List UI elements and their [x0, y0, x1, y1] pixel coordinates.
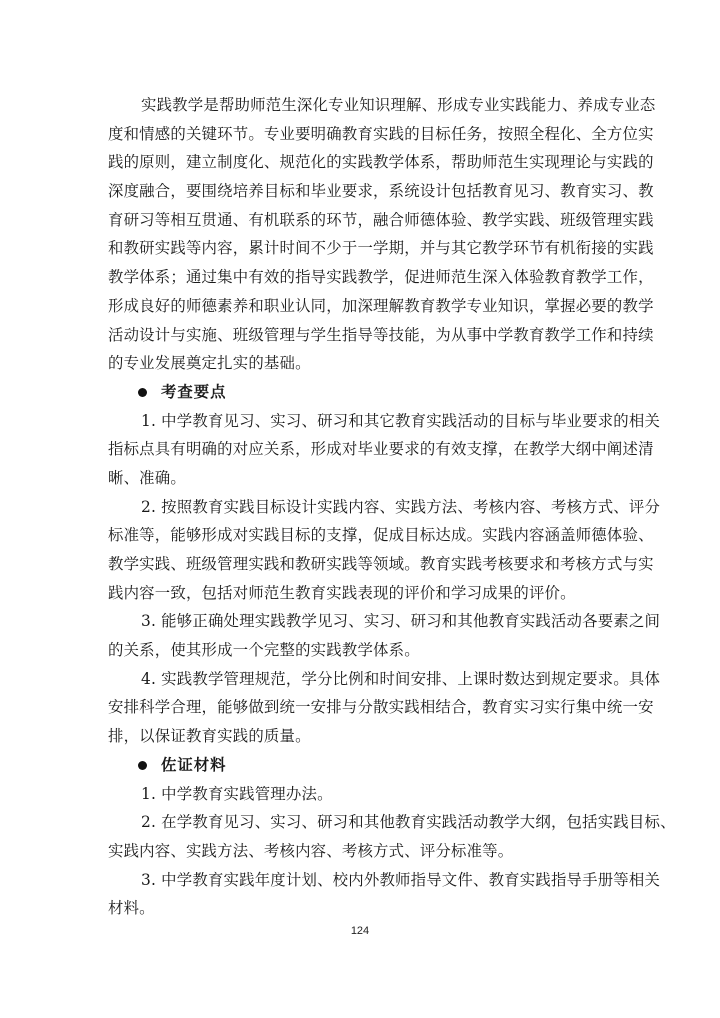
text-line: 排，以保证教育实践的质量。	[108, 722, 612, 751]
key-point-1: 1. 中学教育见习、实习、研习和其它教育实践活动的目标与毕业要求的相关 指标点具…	[108, 407, 612, 493]
key-point-3: 3. 能够正确处理实践教学见习、实习、研习和其他教育实践活动各要素之间 的关系，…	[108, 607, 612, 664]
section-heading-key-points: 考查要点	[108, 378, 612, 407]
text-line: 形成良好的师德素养和职业认同，加深理解教育教学专业知识，掌握必要的教学	[108, 292, 612, 321]
text-line: 和教研实践等内容，累计时间不少于一学期，并与其它教学环节有机衔接的实践	[108, 234, 612, 263]
text-line: 2. 按照教育实践目标设计实践内容、实践方法、考核内容、考核方式、评分	[108, 493, 612, 522]
text-line: 实践教学是帮助师范生深化专业知识理解、形成专业实践能力、养成专业态	[108, 91, 612, 120]
text-line: 标准等，能够形成对实践目标的支撑，促成目标达成。实践内容涵盖师德体验、	[108, 521, 612, 550]
text-line: 3. 能够正确处理实践教学见习、实习、研习和其他教育实践活动各要素之间	[108, 607, 612, 636]
text-line: 践的原则，建立制度化、规范化的实践教学体系，帮助师范生实现理论与实践的	[108, 148, 612, 177]
text-line: 教学实践、班级管理实践和教研实践等领域。教育实践考核要求和考核方式与实	[108, 550, 612, 579]
text-line: 活动设计与实施、班级管理与学生指导等技能，为从事中学教育教学工作和持续	[108, 321, 612, 350]
intro-paragraph: 实践教学是帮助师范生深化专业知识理解、形成专业实践能力、养成专业态 度和情感的关…	[108, 91, 612, 378]
key-point-4: 4. 实践教学管理规范，学分比例和时间安排、上课时数达到规定要求。具体 安排科学…	[108, 665, 612, 751]
text-line: 实践内容、实践方法、考核内容、考核方式、评分标准等。	[108, 837, 612, 866]
text-line: 指标点具有明确的对应关系，形成对毕业要求的有效支撑，在教学大纲中阐述清	[108, 435, 612, 464]
text-line: 晰、准确。	[108, 464, 612, 493]
bullet-icon	[138, 761, 147, 770]
text-line: 践内容一致，包括对师范生教育实践表现的评价和学习成果的评价。	[108, 579, 612, 608]
text-line: 育研习等相互贯通、有机联系的环节，融合师德体验、教学实践、班级管理实践	[108, 206, 612, 235]
section-heading-evidence: 佐证材料	[108, 751, 612, 780]
evidence-item-3: 3. 中学教育实践年度计划、校内外教师指导文件、教育实践指导手册等相关 材料。	[108, 866, 612, 923]
evidence-item-1: 1. 中学教育实践管理办法。	[108, 780, 612, 809]
key-point-2: 2. 按照教育实践目标设计实践内容、实践方法、考核内容、考核方式、评分 标准等，…	[108, 493, 612, 608]
text-line: 安排科学合理，能够做到统一安排与分散实践相结合，教育实习实行集中统一安	[108, 693, 612, 722]
bullet-icon	[138, 388, 147, 397]
text-line: 的关系，使其形成一个完整的实践教学体系。	[108, 636, 612, 665]
text-line: 1. 中学教育实践管理办法。	[108, 780, 612, 809]
page-content: 实践教学是帮助师范生深化专业知识理解、形成专业实践能力、养成专业态 度和情感的关…	[108, 91, 612, 923]
document-page: 实践教学是帮助师范生深化专业知识理解、形成专业实践能力、养成专业态 度和情感的关…	[0, 0, 720, 1018]
text-line: 深度融合，要围绕培养目标和毕业要求，系统设计包括教育见习、教育实习、教	[108, 177, 612, 206]
text-line: 材料。	[108, 894, 612, 923]
text-line: 3. 中学教育实践年度计划、校内外教师指导文件、教育实践指导手册等相关	[108, 866, 612, 895]
text-line: 的专业发展奠定扎实的基础。	[108, 349, 612, 378]
text-line: 度和情感的关键环节。专业要明确教育实践的目标任务，按照全程化、全方位实	[108, 120, 612, 149]
heading-label: 考查要点	[161, 378, 227, 407]
page-number: 124	[0, 925, 720, 937]
text-line: 4. 实践教学管理规范，学分比例和时间安排、上课时数达到规定要求。具体	[108, 665, 612, 694]
evidence-item-2: 2. 在学教育见习、实习、研习和其他教育实践活动教学大纲，包括实践目标、 实践内…	[108, 808, 612, 865]
text-line: 教学体系；通过集中有效的指导实践教学，促进师范生深入体验教育教学工作，	[108, 263, 612, 292]
text-line: 2. 在学教育见习、实习、研习和其他教育实践活动教学大纲，包括实践目标、	[108, 808, 612, 837]
heading-label: 佐证材料	[161, 751, 227, 780]
text-line: 1. 中学教育见习、实习、研习和其它教育实践活动的目标与毕业要求的相关	[108, 407, 612, 436]
